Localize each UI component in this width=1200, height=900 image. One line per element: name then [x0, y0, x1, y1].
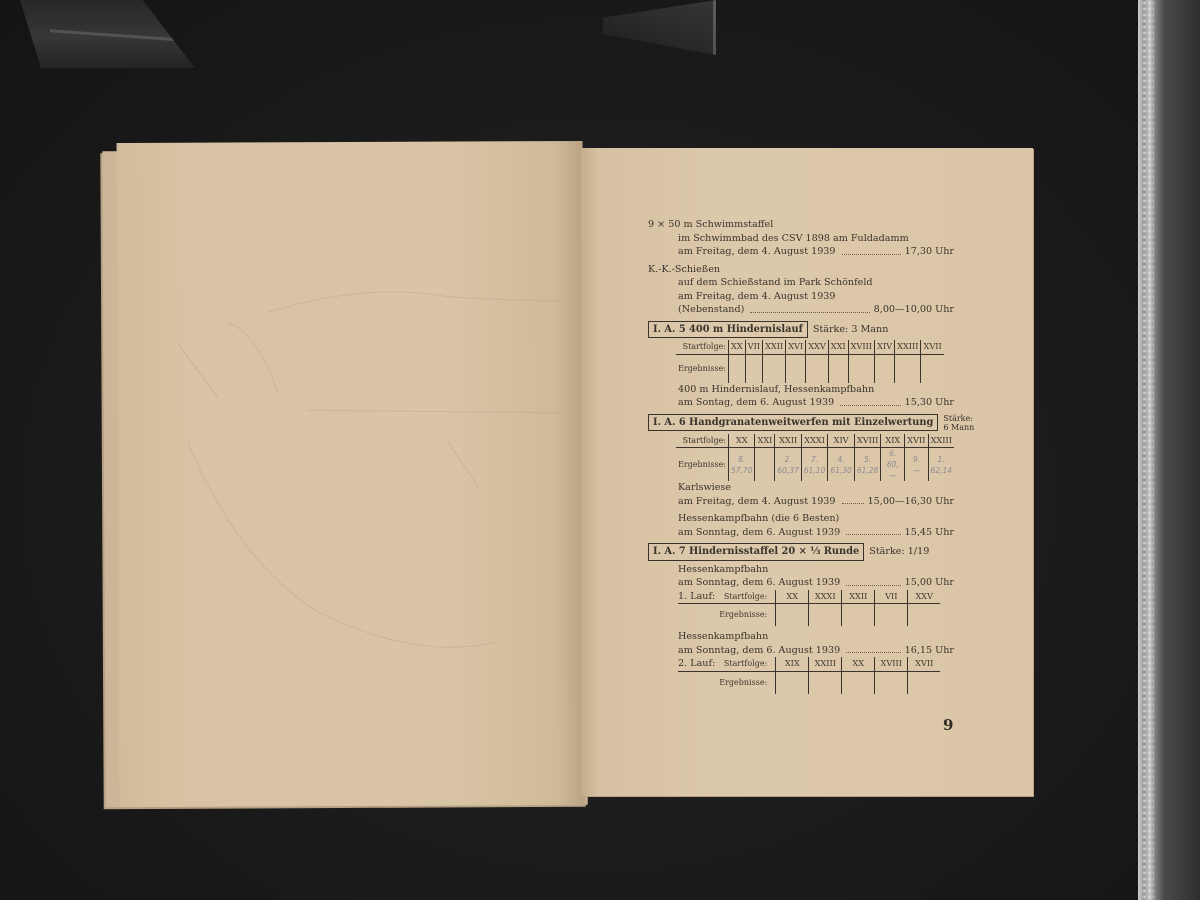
- result-cell: [806, 354, 829, 383]
- start-cell: XVIII: [854, 434, 880, 448]
- schedule-content: 9 × 50 m Schwimmstaffel im Schwimmbad de…: [648, 218, 954, 694]
- relay-run-1: Hessenkampfbahn am Sonntag, dem 6. Augus…: [648, 563, 954, 627]
- start-cell: XXI: [828, 340, 848, 354]
- start-cell: XIX: [776, 657, 809, 671]
- result-cell: [842, 671, 875, 694]
- open-booklet: 9 × 50 m Schwimmstaffel im Schwimmbad de…: [0, 0, 1200, 900]
- result-cell: [908, 604, 941, 627]
- result-label: Ergebnisse:: [717, 671, 776, 694]
- result-label: Ergebnisse:: [676, 354, 729, 383]
- start-cell: XXII: [763, 340, 786, 354]
- start-label: Startfolge:: [676, 434, 729, 448]
- leader-dots: [842, 495, 864, 505]
- result-rank: 9.: [913, 455, 920, 464]
- leader-dots: [750, 303, 869, 313]
- handwritten-result: 4.61,30: [828, 448, 854, 482]
- result-rank: 4.: [838, 455, 845, 464]
- result-rank: 7.: [811, 455, 818, 464]
- result-label: Ergebnisse:: [717, 604, 776, 627]
- section-strength: Stärke: 1/19: [869, 543, 929, 559]
- start-cell: XX: [842, 657, 875, 671]
- event-date: am Sonntag, dem 6. August 1939: [678, 644, 840, 658]
- event-title: K.-K.-Schießen: [648, 263, 954, 277]
- section-heading-7: I. A. 7 Hindernisstaffel 20 × ⅓ Runde St…: [648, 543, 954, 561]
- event-date: am Sontag, dem 6. August 1939: [678, 396, 834, 410]
- event-date-time: am Sonntag, dem 6. August 1939 16,15 Uhr: [648, 644, 954, 658]
- strength-value: 6 Mann: [943, 423, 974, 432]
- event-time: 15,30 Uhr: [905, 396, 954, 410]
- result-cell: [875, 604, 908, 627]
- event-venue: Karlswiese: [648, 481, 954, 495]
- start-cell: XX: [776, 590, 809, 604]
- section-heading-6: I. A. 6 Handgranatenweitwerfen mit Einze…: [648, 414, 954, 432]
- event-venue: im Schwimmbad des CSV 1898 am Fuldadamm: [648, 232, 954, 246]
- start-cell: XVII: [921, 340, 944, 354]
- event-time: 16,15 Uhr: [905, 644, 954, 658]
- leader-dots: [840, 396, 901, 406]
- start-cell: XVII: [908, 657, 941, 671]
- start-cell: XVIII: [875, 657, 908, 671]
- result-label: Ergebnisse:: [676, 448, 729, 482]
- event-date: am Freitag, dem 4. August 1939: [648, 290, 954, 304]
- result-cell: [908, 671, 941, 694]
- start-cell: XXV: [806, 340, 829, 354]
- result-rank: 1.: [938, 455, 945, 464]
- event-date-time: am Sontag, dem 6. August 1939 15,30 Uhr: [648, 396, 954, 410]
- event-time: 8,00—10,00 Uhr: [874, 303, 954, 317]
- handwritten-result: 2.60,37: [775, 448, 801, 482]
- result-cell: [776, 604, 809, 627]
- page-number: 9: [943, 716, 953, 734]
- section-6-event-2: Hessenkampfbahn (die 6 Besten) am Sonnta…: [648, 512, 954, 539]
- result-value: 60,—: [887, 460, 899, 480]
- start-cell: XVII: [905, 434, 928, 448]
- start-cell: XXIII: [895, 340, 921, 354]
- run-label: 2. Lauf:: [678, 657, 717, 671]
- section-title: I. A. 6 Handgranatenweitwerfen mit Einze…: [648, 414, 938, 432]
- result-cell: [875, 671, 908, 694]
- start-cell: XVIII: [848, 340, 874, 354]
- result-rank: 5.: [864, 455, 871, 464]
- event-date-time: am Freitag, dem 4. August 1939 17,30 Uhr: [648, 245, 954, 259]
- result-cell: [763, 354, 786, 383]
- result-cell: [842, 604, 875, 627]
- leader-dots: [846, 644, 900, 654]
- strength-label: Stärke:: [943, 414, 973, 423]
- result-value: 61,28: [857, 466, 878, 475]
- event-date-time: am Sonntag, dem 6. August 1939 15,00 Uhr: [648, 576, 954, 590]
- result-cell: [729, 354, 746, 383]
- start-cell: VII: [745, 340, 762, 354]
- relay-run-2: Hessenkampfbahn am Sonntag, dem 6. Augus…: [648, 630, 954, 694]
- event-date: am Freitag, dem 4. August 1939: [678, 245, 836, 259]
- event-note: (Nebenstand): [678, 303, 744, 317]
- result-cell: [875, 354, 895, 383]
- run-label: 1. Lauf:: [678, 590, 717, 604]
- handwritten-result: 1.62,14: [928, 448, 954, 482]
- handwritten-result: 7.61,10: [801, 448, 827, 482]
- event-venue: auf dem Schießstand im Park Schönfeld: [648, 276, 954, 290]
- start-cell: XIV: [828, 434, 854, 448]
- section-5-venue: 400 m Hindernislauf, Hessenkampfbahn am …: [648, 383, 954, 410]
- handwritten-result: [755, 448, 775, 482]
- start-cell: XXI: [755, 434, 775, 448]
- start-cell: XXIII: [809, 657, 842, 671]
- event-venue: Hessenkampfbahn: [648, 563, 954, 577]
- section-strength: Stärke: 6 Mann: [943, 414, 974, 432]
- event-date-time: (Nebenstand) 8,00—10,00 Uhr: [648, 303, 954, 317]
- start-order-table-7-run-2: 2. Lauf: Startfolge: XIX XXIII XX XVIII …: [678, 657, 940, 694]
- event-shooting: K.-K.-Schießen auf dem Schießstand im Pa…: [648, 263, 954, 317]
- start-cell: XXIII: [928, 434, 954, 448]
- start-cell: XXXI: [809, 590, 842, 604]
- left-page-blank: [117, 141, 586, 807]
- result-cell: [848, 354, 874, 383]
- result-value: 61,10: [804, 466, 825, 475]
- start-label: Startfolge:: [676, 340, 729, 354]
- section-title: I. A. 5 400 m Hindernislauf: [648, 321, 808, 339]
- start-cell: XXII: [842, 590, 875, 604]
- section-6-event-1: Karlswiese am Freitag, dem 4. August 193…: [648, 481, 954, 508]
- start-cell: XX: [729, 340, 746, 354]
- result-rank: 2.: [785, 455, 792, 464]
- result-value: 60,37: [777, 466, 798, 475]
- start-order-table-5: Startfolge: XX VII XXII XVI XXV XXI XVII…: [676, 340, 944, 383]
- result-rank: 6.: [889, 449, 896, 458]
- leader-dots: [846, 576, 900, 586]
- event-venue: 400 m Hindernislauf, Hessenkampfbahn: [648, 383, 954, 397]
- event-swim-relay: 9 × 50 m Schwimmstaffel im Schwimmbad de…: [648, 218, 954, 259]
- start-cell: XIV: [875, 340, 895, 354]
- spacer: [678, 671, 717, 694]
- result-value: 61,30: [830, 466, 851, 475]
- start-cell: XX: [729, 434, 755, 448]
- start-order-table-6: Startfolge: XX XXI XXII XXXI XIV XVIII X…: [676, 434, 954, 482]
- handwritten-result: 6.60,—: [881, 448, 905, 482]
- result-cell: [921, 354, 944, 383]
- start-cell: XVI: [786, 340, 806, 354]
- event-date: am Sonntag, dem 6. August 1939: [678, 576, 840, 590]
- right-page: 9 × 50 m Schwimmstaffel im Schwimmbad de…: [581, 148, 1033, 796]
- faint-pencil-sketch-icon: [117, 141, 586, 807]
- event-time: 17,30 Uhr: [905, 245, 954, 259]
- event-date-time: am Freitag, dem 4. August 1939 15,00—16,…: [648, 495, 954, 509]
- event-date: am Sonntag, dem 6. August 1939: [678, 526, 840, 540]
- start-cell: VII: [875, 590, 908, 604]
- start-cell: XXXI: [801, 434, 827, 448]
- result-cell: [809, 671, 842, 694]
- result-cell: [745, 354, 762, 383]
- event-venue: Hessenkampfbahn: [648, 630, 954, 644]
- start-label: Startfolge:: [717, 590, 776, 604]
- handwritten-result: 8.57,70: [729, 448, 755, 482]
- leader-dots: [842, 245, 901, 255]
- start-order-table-7-run-1: 1. Lauf: Startfolge: XX XXXI XXII VII XX…: [678, 590, 940, 627]
- section-heading-5: I. A. 5 400 m Hindernislauf Stärke: 3 Ma…: [648, 321, 954, 339]
- result-cell: [786, 354, 806, 383]
- spacer: [678, 604, 717, 627]
- result-value: 62,14: [931, 466, 952, 475]
- result-cell: [809, 604, 842, 627]
- event-title: 9 × 50 m Schwimmstaffel: [648, 218, 954, 232]
- event-date-time: am Sonntag, dem 6. August 1939 15,45 Uhr: [648, 526, 954, 540]
- event-venue: Hessenkampfbahn (die 6 Besten): [648, 512, 954, 526]
- result-cell: [776, 671, 809, 694]
- start-cell: XXV: [908, 590, 941, 604]
- event-time: 15,00 Uhr: [905, 576, 954, 590]
- event-date: am Freitag, dem 4. August 1939: [678, 495, 836, 509]
- event-time: 15,00—16,30 Uhr: [868, 495, 954, 509]
- section-strength: Stärke: 3 Mann: [813, 321, 889, 337]
- result-value: 57,70: [731, 466, 752, 475]
- start-cell: XXII: [775, 434, 801, 448]
- start-label: Startfolge:: [717, 657, 776, 671]
- result-rank: 8.: [738, 455, 745, 464]
- event-time: 15,45 Uhr: [905, 526, 954, 540]
- result-cell: [895, 354, 921, 383]
- section-title: I. A. 7 Hindernisstaffel 20 × ⅓ Runde: [648, 543, 864, 561]
- leader-dots: [846, 526, 900, 536]
- result-value: —: [913, 466, 921, 475]
- handwritten-result: 5.61,28: [854, 448, 880, 482]
- handwritten-result: 9.—: [905, 448, 928, 482]
- result-cell: [828, 354, 848, 383]
- start-cell: XIX: [881, 434, 905, 448]
